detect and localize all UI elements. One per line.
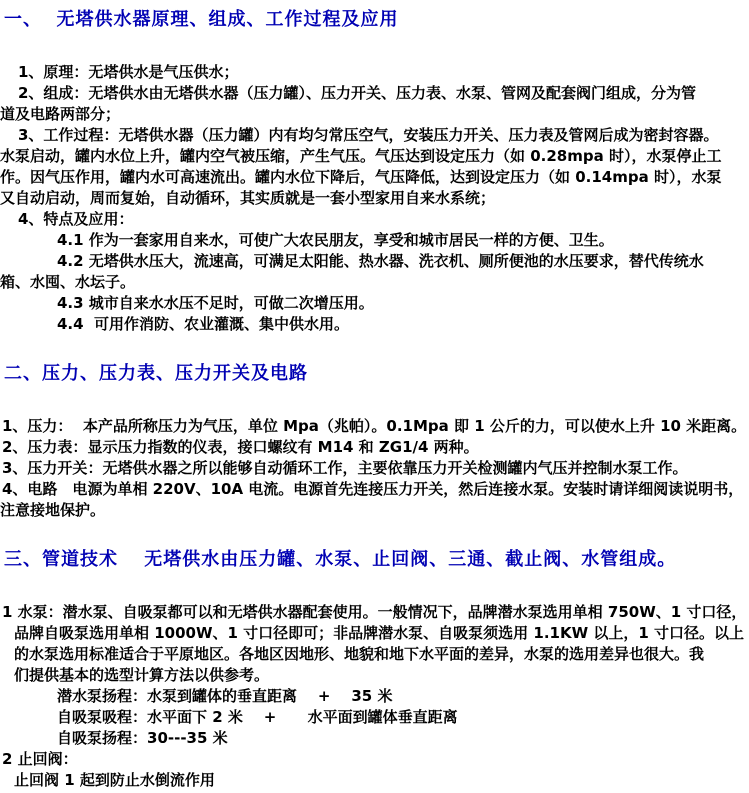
text-line: 4、电路 电源为单相 220V、10A 电流。电源首先连接压力开关，然后连接水泵… — [0, 479, 749, 500]
section-title-2: 二、压力、压力表、压力开关及电路 — [4, 364, 749, 383]
text-line: 2、压力表：显示压力指数的仪表，接口螺纹有 M14 和 ZG1/4 两种。 — [0, 437, 749, 458]
text-line: 1 水泵：潜水泵、自吸泵都可以和无塔供水器配套使用。一般情况下，品牌潜水泵选用单… — [0, 602, 749, 623]
section-1-paragraphs: 1、原理：无塔供水是气压供水；2、组成：无塔供水由无塔供水器（压力罐）、压力开关… — [0, 62, 749, 335]
text-line: 止回阀 1 起到防止水倒流作用 — [0, 770, 749, 791]
text-line: 2 止回阀： — [0, 749, 749, 770]
text-line: 品牌自吸泵选用单相 1000W、1 寸口径即可；非品牌潜水泵、自吸泵须选用 1.… — [0, 623, 749, 644]
text-line: 箱、水囤、水坛子。 — [0, 272, 749, 293]
text-line: 自吸泵吸程：水平面下 2 米 + 水平面到罐体垂直距离 — [0, 707, 749, 728]
section-title-1: 一、 无塔供水器原理、组成、工作过程及应用 — [4, 10, 749, 29]
text-line: 3、压力开关：无塔供水器之所以能够自动循环工作，主要依靠压力开关检测罐内气压并控… — [0, 458, 749, 479]
text-line: 4.1 作为一套家用自来水，可使广大农民朋友，享受和城市居民一样的方便、卫生。 — [0, 230, 749, 251]
section-2-paragraphs: 1、压力： 本产品所称压力为气压，单位 Mpa（兆帕）。0.1Mpa 即 1 公… — [0, 416, 749, 521]
text-line: 3、工作过程：无塔供水器（压力罐）内有均匀常压空气，安装压力开关、压力表及管网后… — [0, 125, 749, 146]
text-line: 道及电路两部分； — [0, 104, 749, 125]
section-title-3: 三、管道技术 无塔供水由压力罐、水泵、止回阀、三通、截止阀、水管组成。 — [4, 550, 749, 569]
section-3-paragraphs: 1 水泵：潜水泵、自吸泵都可以和无塔供水器配套使用。一般情况下，品牌潜水泵选用单… — [0, 602, 749, 791]
text-line: 们提供基本的选型计算方法以供参考。 — [0, 665, 749, 686]
text-line: 作。因气压作用，罐内水可高速流出。罐内水位下降后，气压降低，达到设定压力（如 0… — [0, 167, 749, 188]
text-line: 4.3 城市自来水水压不足时，可做二次增压用。 — [0, 293, 749, 314]
text-line: 又自动启动，周而复始，自动循环，其实质就是一套小型家用自来水系统； — [0, 188, 749, 209]
text-line: 1、压力： 本产品所称压力为气压，单位 Mpa（兆帕）。0.1Mpa 即 1 公… — [0, 416, 749, 437]
text-line: 潜水泵扬程：水泵到罐体的垂直距离 + 35 米 — [0, 686, 749, 707]
document-body: 一、 无塔供水器原理、组成、工作过程及应用1、原理：无塔供水是气压供水；2、组成… — [0, 0, 749, 791]
text-line: 4.2 无塔供水压大，流速高，可满足太阳能、热水器、洗衣机、厕所便池的水压要求，… — [0, 251, 749, 272]
text-line: 2、组成：无塔供水由无塔供水器（压力罐）、压力开关、压力表、水泵、管网及配套阀门… — [0, 83, 749, 104]
text-line: 4.4 可用作消防、农业灌溉、集中供水用。 — [0, 314, 749, 335]
text-line: 水泵启动，罐内水位上升，罐内空气被压缩，产生气压。气压达到设定压力（如 0.28… — [0, 146, 749, 167]
text-line: 注意接地保护。 — [0, 500, 749, 521]
text-line: 1、原理：无塔供水是气压供水； — [0, 62, 749, 83]
text-line: 自吸泵扬程：30---35 米 — [0, 728, 749, 749]
text-line: 的水泵选用标准适合于平原地区。各地区因地形、地貌和地下水平面的差异，水泵的选用差… — [0, 644, 749, 665]
text-line: 4、特点及应用： — [0, 209, 749, 230]
